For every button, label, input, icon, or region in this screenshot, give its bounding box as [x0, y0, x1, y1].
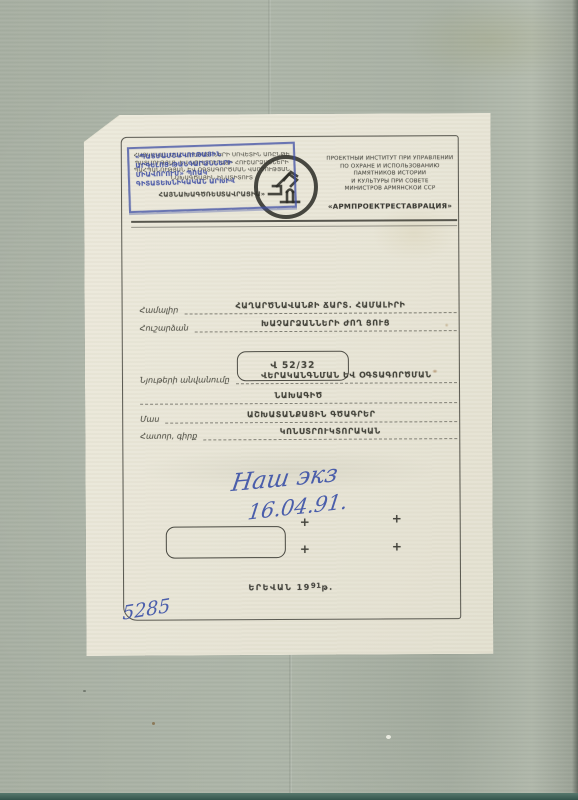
scan-right-edge-shadow [572, 0, 578, 800]
field-title-underline: ՎԵՐԱԿԱՆԳՆՄԱՆ ԵՎ ՕԳՏԱԳՈՐԾՄԱՆ [236, 362, 457, 384]
field-complex-label: Համալիր [140, 306, 179, 315]
field-volume: Հատոր, գիրք ԿՈՆՍՏՐՈՒԿՏՈՐԱԿԱՆ [140, 425, 457, 441]
letterhead-russian-line: МИНИСТРОВ АРМЯНСКОЙ ССР [324, 185, 456, 193]
field-volume-label: Հատոր, գիրք [140, 431, 197, 440]
footer-city-year: ԵՐԵՎԱՆ 1991թ. [123, 581, 459, 593]
field-monument-underline: ԽԱՉԱՐՁԱՆՆԵՐԻ ԺՈՂ ՑՈՒՑ [194, 310, 456, 332]
field-volume-value: ԿՈՆՍՏՐՈՒԿՏՈՐԱԿԱՆ [280, 427, 381, 437]
letterhead-russian-line: ПРОЕКТНЫЙ ИНСТИТУТ ПРИ УПРАВЛЕНИИ [324, 155, 456, 163]
field-title-value: ՎԵՐԱԿԱՆԳՆՄԱՆ ԵՎ ՕԳՏԱԳՈՐԾՄԱՆ [261, 370, 431, 380]
field-part-label: Մաս [140, 415, 159, 424]
field-monument-value: ԽԱՉԱՐՁԱՆՆԵՐԻ ԺՈՂ ՑՈՒՑ [261, 318, 390, 328]
registration-cross: + [300, 542, 310, 556]
field-monument-label: Հուշարձան [140, 324, 189, 333]
field-complex-value: ՀԱՂԱՐԾՆԱՎԱՆՔԻ ՃԱՐՏ. ՀԱՄԱԼԻՐԻ [235, 300, 405, 310]
registration-cross: + [300, 515, 310, 529]
field-volume-underline: ԿՈՆՍՏՐՈՒԿՏՈՐԱԿԱՆ [203, 418, 457, 440]
scan-bottom-strip [0, 793, 578, 800]
footer-city-text: ԵՐԵՎԱՆ 19 [248, 583, 310, 592]
letterhead-russian: ПРОЕКТНЫЙ ИНСТИТУТ ПРИ УПРАВЛЕНИИ ПО ОХР… [324, 155, 456, 211]
footer-year-suffix: թ. [322, 583, 334, 592]
registration-cross: + [392, 539, 402, 553]
backing-speck [152, 722, 155, 725]
field-title2-value: ՆԱԽԱԳԻԾ [274, 391, 322, 400]
backing-crease-bottom [289, 652, 292, 800]
backing-speck [83, 690, 86, 692]
backing-speck [386, 735, 391, 739]
footer-year: 91 [311, 582, 322, 590]
backing-crease-top [268, 0, 271, 118]
empty-approval-box [166, 526, 286, 559]
institute-name-russian: «АРМПРОЕКТРЕСТАВРАЦИЯ» [324, 203, 456, 211]
registration-cross: + [392, 511, 402, 525]
field-monument: Հուշարձան ԽԱՉԱՐՁԱՆՆԵՐԻ ԺՈՂ ՑՈՒՑ [140, 317, 457, 333]
scanned-title-page: ՀԱՅԿԱԿԱՆ ՍՍՀ ՄԻՆԻՍՏՐՆԵՐԻ ՍՈՎԵՏԻՆ ԱՌԸՆԹԵՐ… [84, 113, 494, 656]
blue-archive-stamp: «ՊԱՏՄԱՄՇԱԿՈՒԹԱՅԻՆ ԱՐԳԵԼՈՑ-ԹԱՆԳԱՐԱՆՆԵՐԻ Մ… [127, 142, 297, 214]
